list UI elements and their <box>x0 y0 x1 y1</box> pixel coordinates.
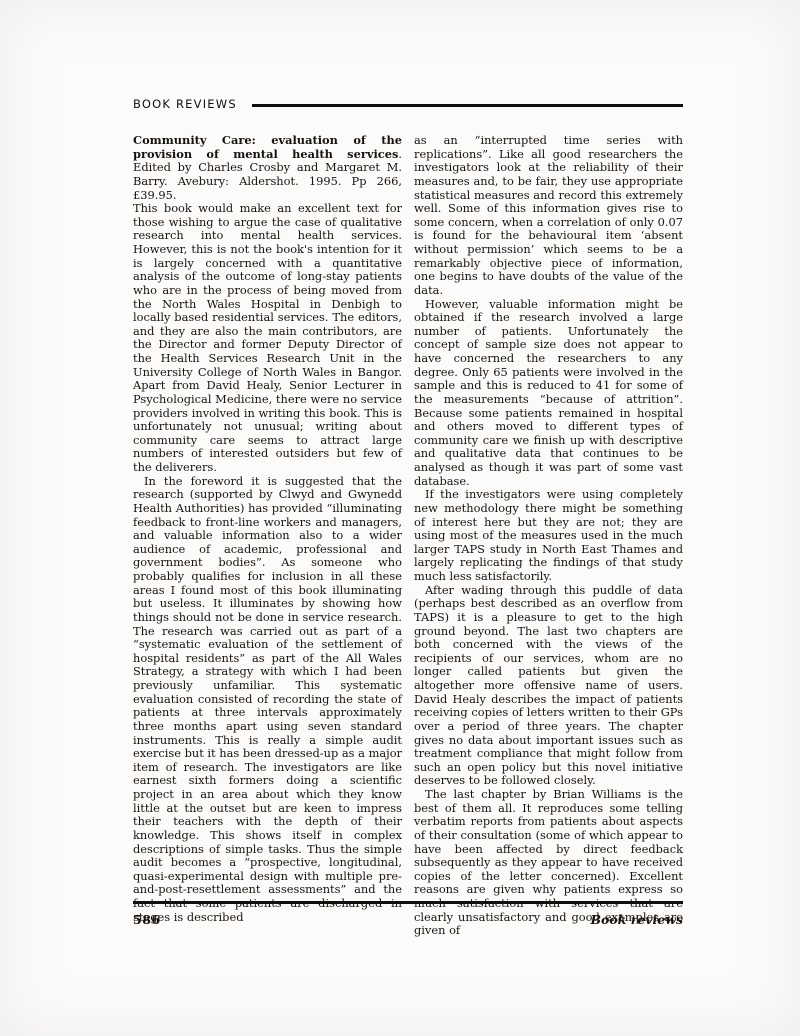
page-number: 586 <box>133 912 161 927</box>
right-column: as an “interrupted time series with repl… <box>414 134 683 938</box>
paragraph: If the investigators were using complete… <box>414 488 683 583</box>
page-header: BOOK REVIEWS <box>133 97 683 111</box>
left-column: Community Care: evaluation of the provis… <box>133 134 402 924</box>
page-footer: 586 Book reviews <box>133 901 683 927</box>
review-citation: Community Care: evaluation of the provis… <box>133 134 402 202</box>
section-heading: BOOK REVIEWS <box>133 97 237 111</box>
journal-page: BOOK REVIEWS Community Care: evaluation … <box>0 0 800 1036</box>
footer-row: 586 Book reviews <box>133 912 683 927</box>
running-title: Book reviews <box>590 912 683 927</box>
text-columns: Community Care: evaluation of the provis… <box>133 134 683 938</box>
paragraph: However, valuable information might be o… <box>414 298 683 489</box>
page-content: BOOK REVIEWS Community Care: evaluation … <box>133 97 683 938</box>
paragraph: This book would make an excellent text f… <box>133 202 402 475</box>
paragraph: In the foreword it is suggested that the… <box>133 475 402 925</box>
footer-rule <box>133 901 683 904</box>
paragraph: After wading through this puddle of data… <box>414 584 683 788</box>
review-title: Community Care: evaluation of the provis… <box>133 133 402 161</box>
paragraph: as an “interrupted time series with repl… <box>414 134 683 298</box>
header-rule <box>252 104 683 107</box>
